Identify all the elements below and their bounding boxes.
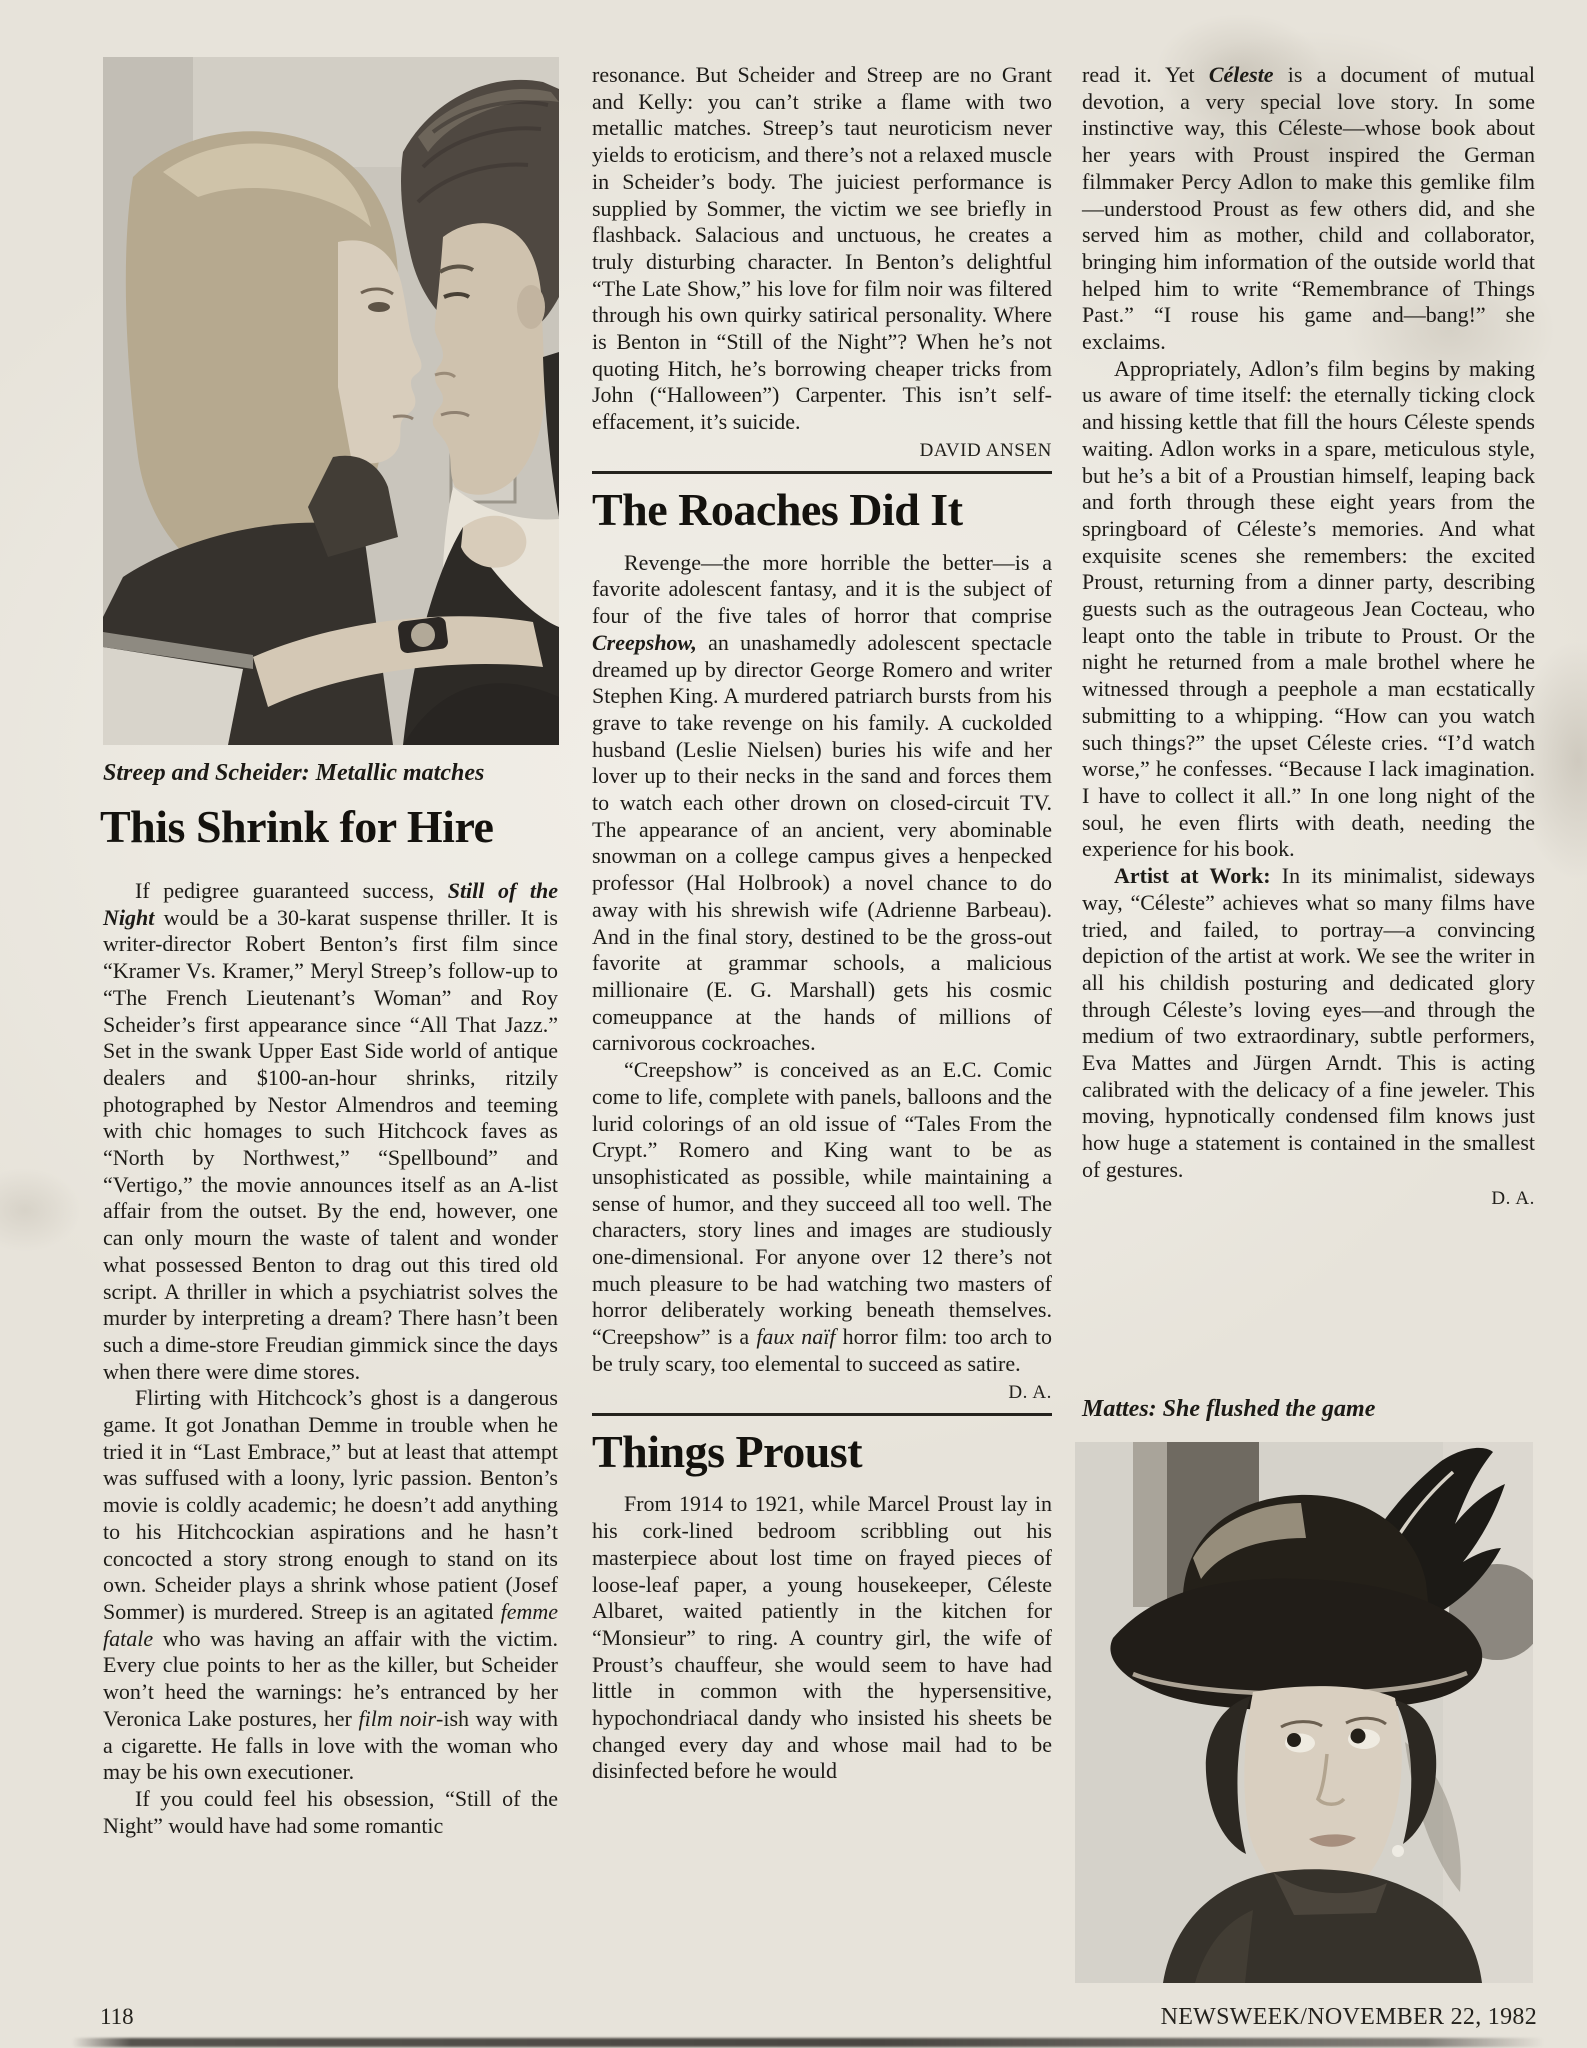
article-shrink-left-text: If pedigree guaranteed success, Still of…: [103, 878, 558, 1839]
byline-david-ansen: DAVID ANSEN: [592, 440, 1052, 462]
right-column: read it. Yet Céleste is a document of mu…: [1082, 62, 1535, 1210]
magazine-page: Streep and Scheider: Metallic matches Th…: [0, 0, 1587, 2048]
paragraph: If pedigree guaranteed success, Still of…: [103, 878, 558, 1385]
byline-d-a-proust: D. A.: [1082, 1188, 1535, 1210]
paragraph: Flirting with Hitchcock’s ghost is a dan…: [103, 1385, 558, 1786]
paragraph: “Creepshow” is conceived as an E.C. Comi…: [592, 1057, 1052, 1377]
paragraph: From 1914 to 1921, while Marcel Proust l…: [592, 1491, 1052, 1785]
byline-d-a-roaches: D. A.: [592, 1382, 1052, 1404]
section-divider: [592, 1413, 1052, 1416]
photo-caption-streep-scheider: Streep and Scheider: Metallic matches: [103, 760, 559, 787]
headline-this-shrink-for-hire: This Shrink for Hire: [100, 804, 580, 851]
issue-line: NEWSWEEK/NOVEMBER 22, 1982: [1161, 2004, 1537, 2031]
page-edge-shadow: [72, 2038, 1544, 2047]
section-divider: [592, 471, 1052, 474]
left-column: If pedigree guaranteed success, Still of…: [103, 878, 558, 1839]
article-proust-middle-text: From 1914 to 1921, while Marcel Proust l…: [592, 1491, 1052, 1785]
article-shrink-continuation-text: resonance. But Scheider and Streep are n…: [592, 62, 1052, 436]
page-number: 118: [100, 2004, 134, 2030]
photo-caption-mattes: Mattes: She flushed the game: [1082, 1396, 1537, 1423]
headline-the-roaches-did-it: The Roaches Did It: [592, 487, 1052, 534]
middle-column: resonance. But Scheider and Streep are n…: [592, 62, 1052, 1785]
paragraph: If you could feel his obsession, “Still …: [103, 1786, 558, 1839]
photo-streep-scheider: [103, 57, 559, 745]
celeste-still-image: [1075, 1442, 1533, 1983]
article-proust-right-text: read it. Yet Céleste is a document of mu…: [1082, 62, 1535, 1184]
paragraph: Revenge—the more horrible the better—is …: [592, 550, 1052, 1057]
paragraph: Appropriately, Adlon’s film begins by ma…: [1082, 356, 1535, 863]
paragraph: Artist at Work: In its minimalist, sidew…: [1082, 863, 1535, 1183]
streep-scheider-still-image: [103, 57, 559, 745]
headline-things-proust: Things Proust: [592, 1429, 1052, 1476]
paragraph: resonance. But Scheider and Streep are n…: [592, 62, 1052, 436]
photo-eva-mattes: [1075, 1442, 1533, 1983]
article-roaches-text: Revenge—the more horrible the better—is …: [592, 550, 1052, 1378]
paragraph: read it. Yet Céleste is a document of mu…: [1082, 62, 1535, 356]
